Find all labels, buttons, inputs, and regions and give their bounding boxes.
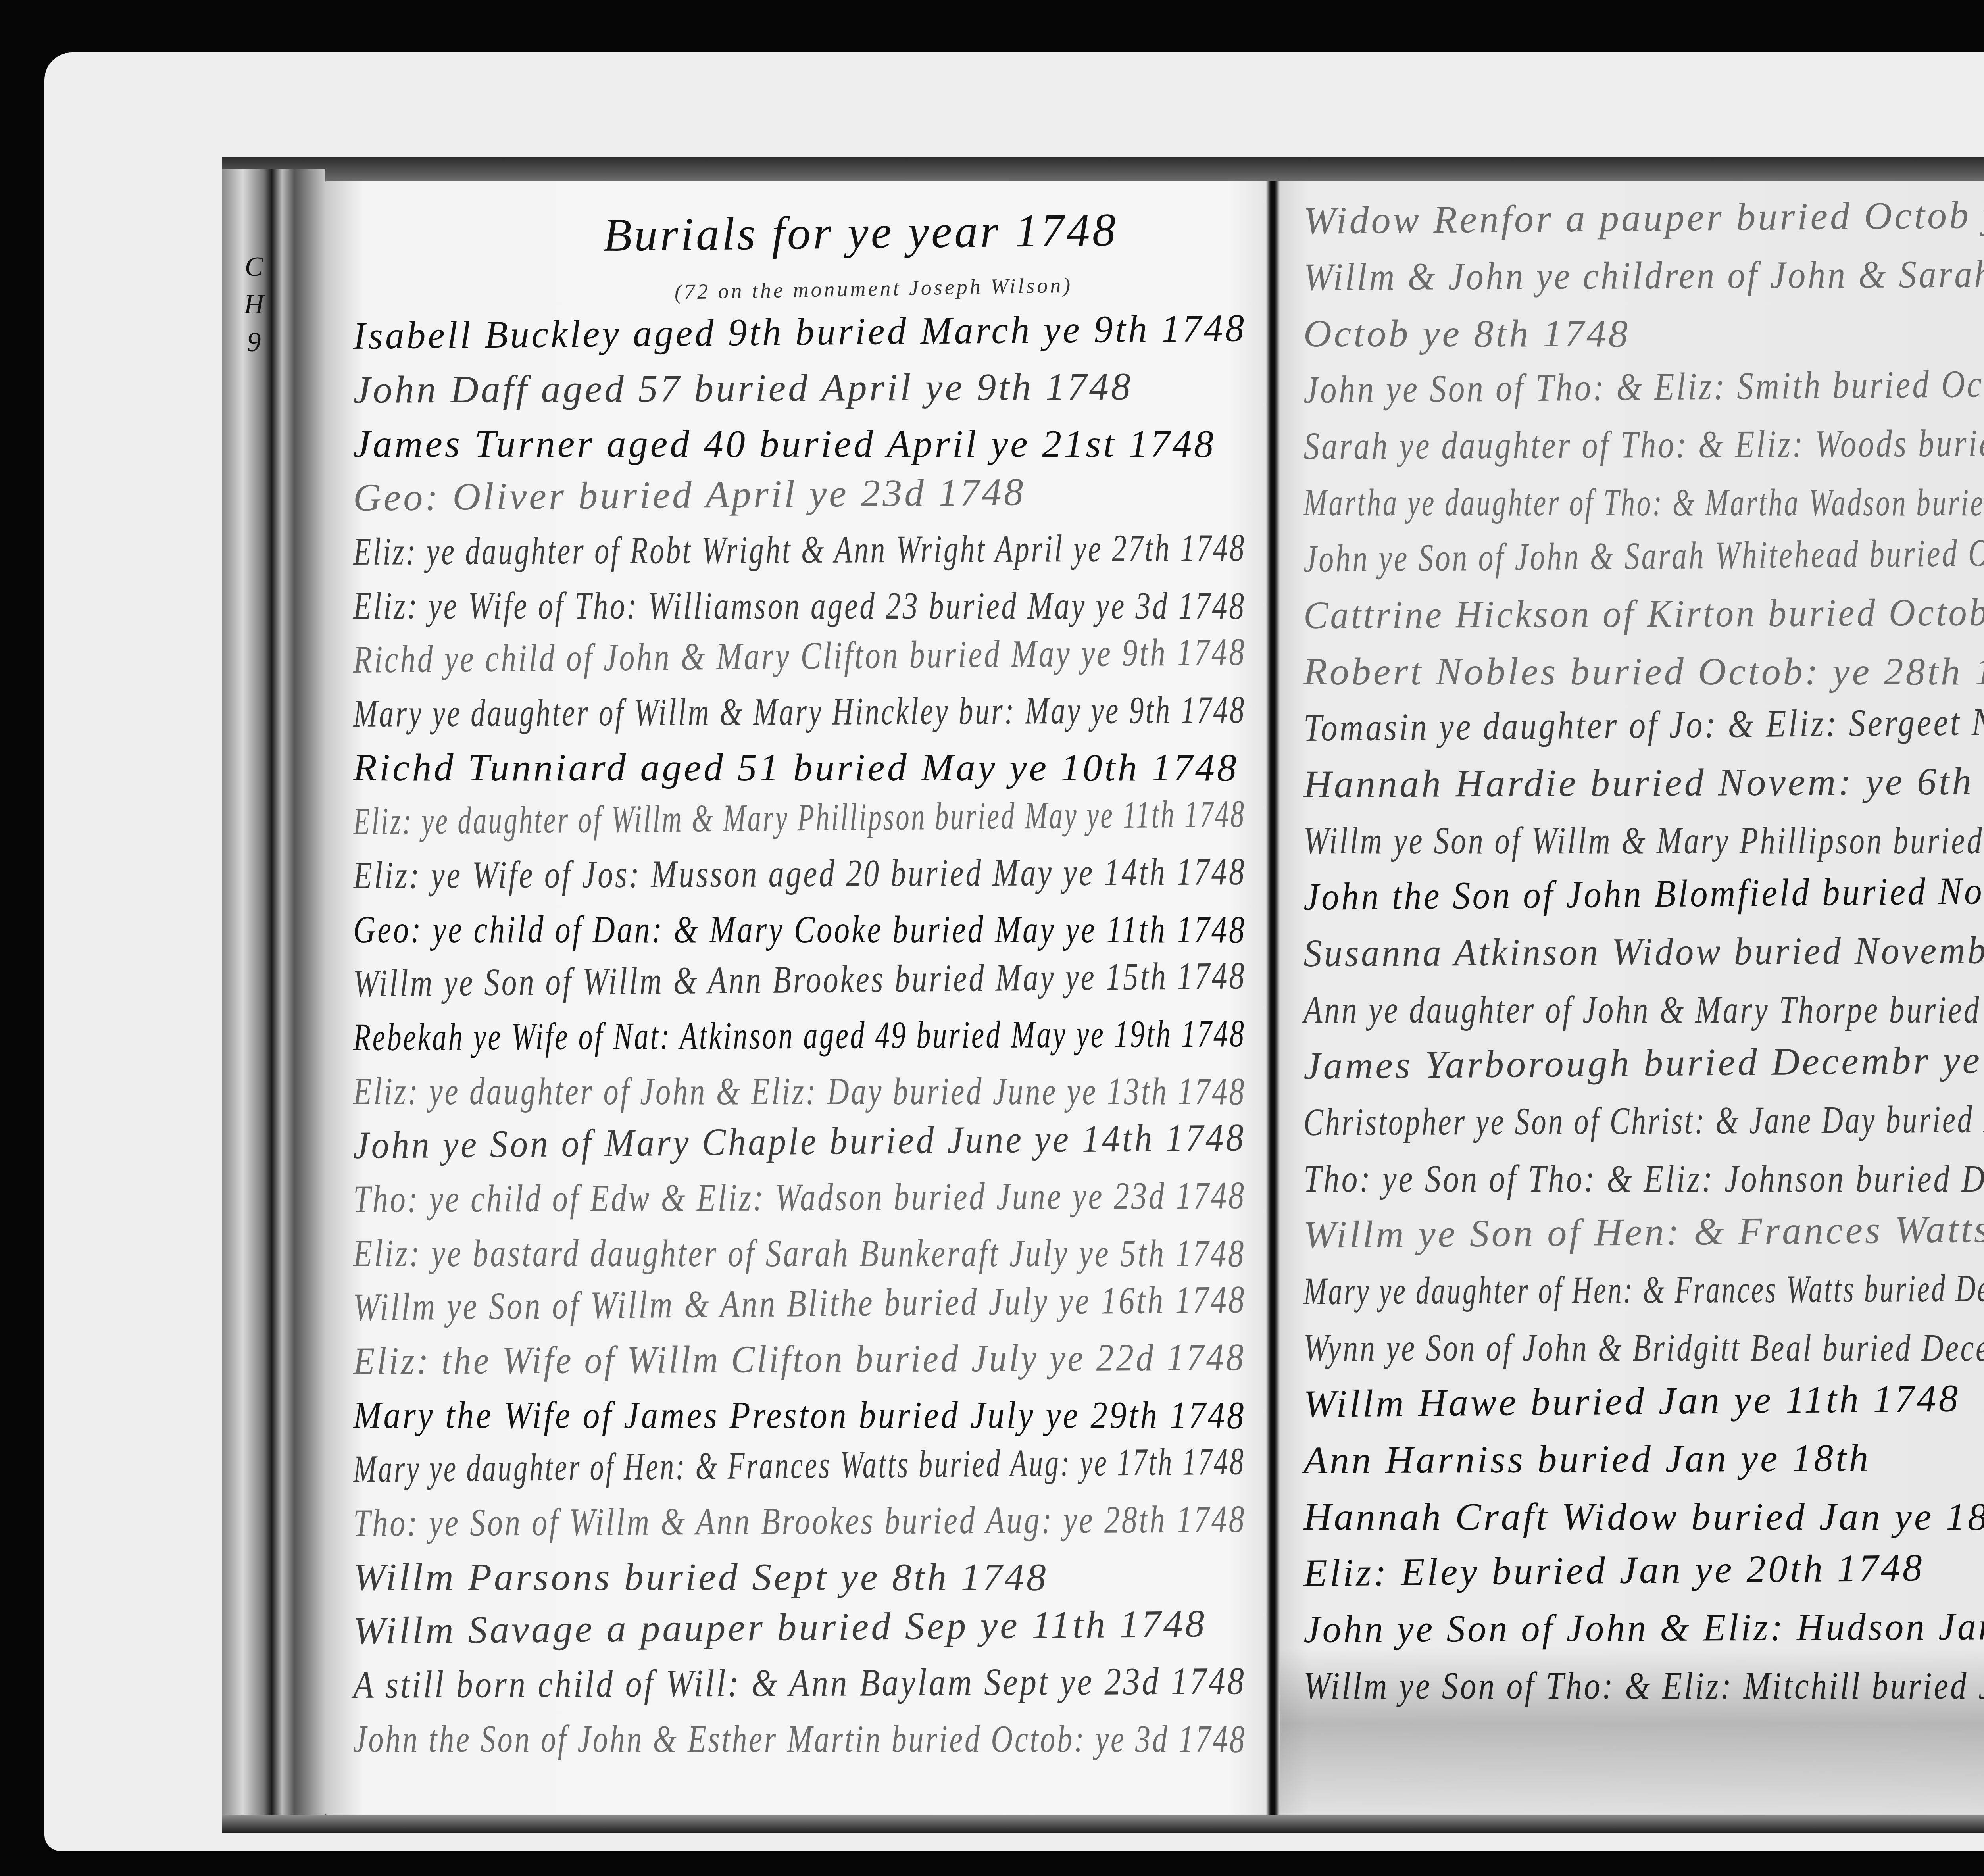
burial-entry: Octob ye 8th 1748 (1303, 309, 1630, 359)
burial-entry: John the Son of John Blomfield buried No… (1303, 865, 1984, 922)
burial-entry: John the Son of John & Esther Martin bur… (353, 1715, 1246, 1764)
burial-entry: Richd Tunniard aged 51 buried May ye 10t… (353, 743, 1239, 793)
burial-entry: John ye Son of Mary Chaple buried June y… (353, 1113, 1246, 1171)
burial-entry: Eliz: the Wife of Willm Clifton buried J… (353, 1333, 1246, 1386)
burial-entry: Willm & John ye children of John & Sarah… (1303, 249, 1984, 302)
burial-entry: Mary ye daughter of Hen: & Frances Watts… (353, 1437, 1245, 1494)
burial-entry: A still born child of Will: & Ann Baylam… (353, 1657, 1246, 1710)
burial-entry: James Turner aged 40 buried April ye 21s… (353, 419, 1216, 469)
burial-entry: Eliz: ye daughter of Robt Wright & Ann W… (353, 523, 1246, 577)
burial-entry: James Yarborough buried Decembr ye 9th 1… (1303, 1034, 1984, 1091)
burial-entry: John ye Son of Tho: & Eliz: Smith buried… (1303, 358, 1984, 415)
burial-entry: Geo: ye child of Dan: & Mary Cooke burie… (353, 905, 1246, 955)
burial-entry: Tho: ye child of Edw & Eliz: Wadson buri… (353, 1171, 1246, 1224)
burial-entry: John ye Son of John & Eliz: Hudson Jan y… (1303, 1601, 1984, 1655)
right-page: Widow Renfor a pauper buried Octob ye 5t… (1280, 181, 1984, 1815)
burial-entry: Wynn ye Son of John & Bridgitt Beal buri… (1303, 1323, 1984, 1373)
burial-entry: Eliz: ye daughter of John & Eliz: Day bu… (353, 1067, 1246, 1117)
burial-entry: Hannah Craft Widow buried Jan ye 18 1748 (1303, 1492, 1984, 1542)
burial-entry: Susanna Atkinson Widow buried Novembr ye… (1303, 925, 1984, 978)
burial-entry: Willm ye Son of Willm & Mary Phillipson … (1303, 816, 1984, 866)
burial-entry: Martha ye daughter of Tho: & Martha Wads… (1303, 478, 1984, 528)
burial-entry: Tomasin ye daughter of Jo: & Eliz: Serge… (1303, 696, 1984, 753)
burial-entry: Sarah ye daughter of Tho: & Eliz: Woods … (1303, 418, 1984, 471)
burial-entry: Mary ye daughter of Willm & Mary Hinckle… (353, 685, 1246, 739)
book-top-edge (222, 157, 1984, 181)
burial-entry: Willm Parsons buried Sept ye 8th 1748 (353, 1553, 1048, 1602)
book-bottom-edge (222, 1815, 1984, 1833)
register-book: C H 9 Burials for ye year 1748 (72 on th… (222, 157, 1984, 1833)
spine-margin-note: C H 9 (238, 248, 270, 361)
burial-entry: Hannah Hardie buried Novem: ye 6th 1748 (1303, 757, 1984, 809)
burial-entry: Isabell Buckley aged 9th buried March ye… (353, 304, 1246, 361)
burial-entry: Eliz: ye daughter of Willm & Mary Philli… (353, 789, 1246, 847)
page-title: Burials for ye year 1748 (603, 203, 1118, 262)
burial-entry: Mary ye daughter of Hen: & Frances Watts… (1303, 1263, 1984, 1317)
marginal-note: (72 on the monument Joseph Wilson) (674, 273, 1073, 304)
burial-entry: John ye Son of John & Sarah Whitehead bu… (1303, 527, 1984, 584)
burial-entry: Eliz: ye Wife of Jos: Musson aged 20 bur… (353, 847, 1246, 901)
burial-entry: Mary the Wife of James Preston buried Ju… (353, 1391, 1246, 1440)
burial-entry: Willm ye Son of Willm & Ann Blithe burie… (353, 1275, 1246, 1332)
burial-entry: Ann Harniss buried Jan ye 18th (1303, 1434, 1871, 1486)
burial-entry: Tho: ye Son of Willm & Ann Brookes burie… (353, 1495, 1246, 1548)
book-gutter (1266, 181, 1280, 1815)
burial-entry: Ann ye daughter of John & Mary Thorpe bu… (1303, 985, 1984, 1035)
burial-entry: Robert Nobles buried Octob: ye 28th 1748 (1303, 647, 1984, 697)
burial-entry: Eliz: Eley buried Jan ye 20th 1748 (1303, 1543, 1924, 1598)
burial-entry: Geo: Oliver buried April ye 23d 1748 (353, 467, 1026, 523)
burial-entry: John Daff aged 57 buried April ye 9th 17… (353, 362, 1133, 415)
burial-entry: Rebekah ye Wife of Nat: Atkinson aged 49… (353, 1009, 1246, 1063)
burial-entry: Eliz: ye bastard daughter of Sarah Bunke… (353, 1229, 1246, 1278)
book-spine-edge: C H 9 (222, 169, 325, 1823)
burial-entry: Willm ye Son of Tho: & Eliz: Mitchill bu… (1303, 1661, 1984, 1711)
burial-entry: Christopher ye Son of Christ: & Jane Day… (1303, 1094, 1984, 1148)
burial-entry: Cattrine Hickson of Kirton buried Octob:… (1303, 587, 1984, 640)
burial-entry: Willm ye Son of Willm & Ann Brookes buri… (353, 951, 1246, 1009)
burial-entry: Eliz: ye Wife of Tho: Williamson aged 23… (353, 581, 1246, 631)
burial-entry: Willm Savage a pauper buried Sep ye 11th… (353, 1599, 1207, 1656)
burial-entry: Widow Renfor a pauper buried Octob ye 5t… (1303, 188, 1984, 246)
burial-entry: Willm Hawe buried Jan ye 11th 1748 (1303, 1374, 1961, 1429)
burial-entry: Richd ye child of John & Mary Clifton bu… (353, 627, 1246, 685)
burial-entry: Tho: ye Son of Tho: & Eliz: Johnson buri… (1303, 1154, 1984, 1204)
left-page: Burials for ye year 1748 (72 on the monu… (325, 181, 1266, 1815)
burial-entry: Willm ye Son of Hen: & Frances Watts bur… (1303, 1203, 1984, 1260)
